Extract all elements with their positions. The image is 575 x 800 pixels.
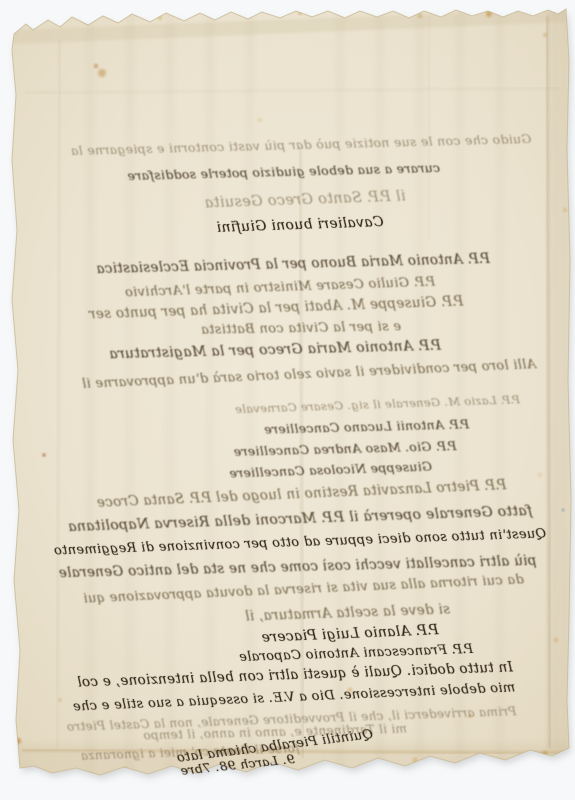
stain-spot bbox=[43, 454, 46, 457]
stain-spot bbox=[563, 208, 567, 212]
stain-spot bbox=[3, 99, 5, 101]
stain-spot bbox=[348, 688, 353, 693]
stain-spot bbox=[543, 33, 547, 37]
stain-spot bbox=[538, 473, 542, 477]
stain-spot bbox=[554, 638, 558, 642]
stain-spot bbox=[15, 738, 21, 744]
stain-spot bbox=[562, 509, 564, 511]
stain-spot bbox=[5, 419, 7, 421]
scanner-bed: Guido che con le sue notizie può dar più… bbox=[0, 0, 575, 800]
stain-spot bbox=[220, 775, 224, 779]
manuscript-page bbox=[0, 0, 575, 800]
stain-spot bbox=[2, 639, 4, 641]
stain-spot bbox=[468, 714, 472, 718]
stain-spot bbox=[258, 118, 262, 122]
stain-spot bbox=[98, 69, 106, 77]
paper-sheet bbox=[12, 9, 571, 775]
stain-spot bbox=[94, 64, 98, 68]
stain-spot bbox=[59, 699, 62, 702]
stain-spot bbox=[418, 14, 422, 18]
